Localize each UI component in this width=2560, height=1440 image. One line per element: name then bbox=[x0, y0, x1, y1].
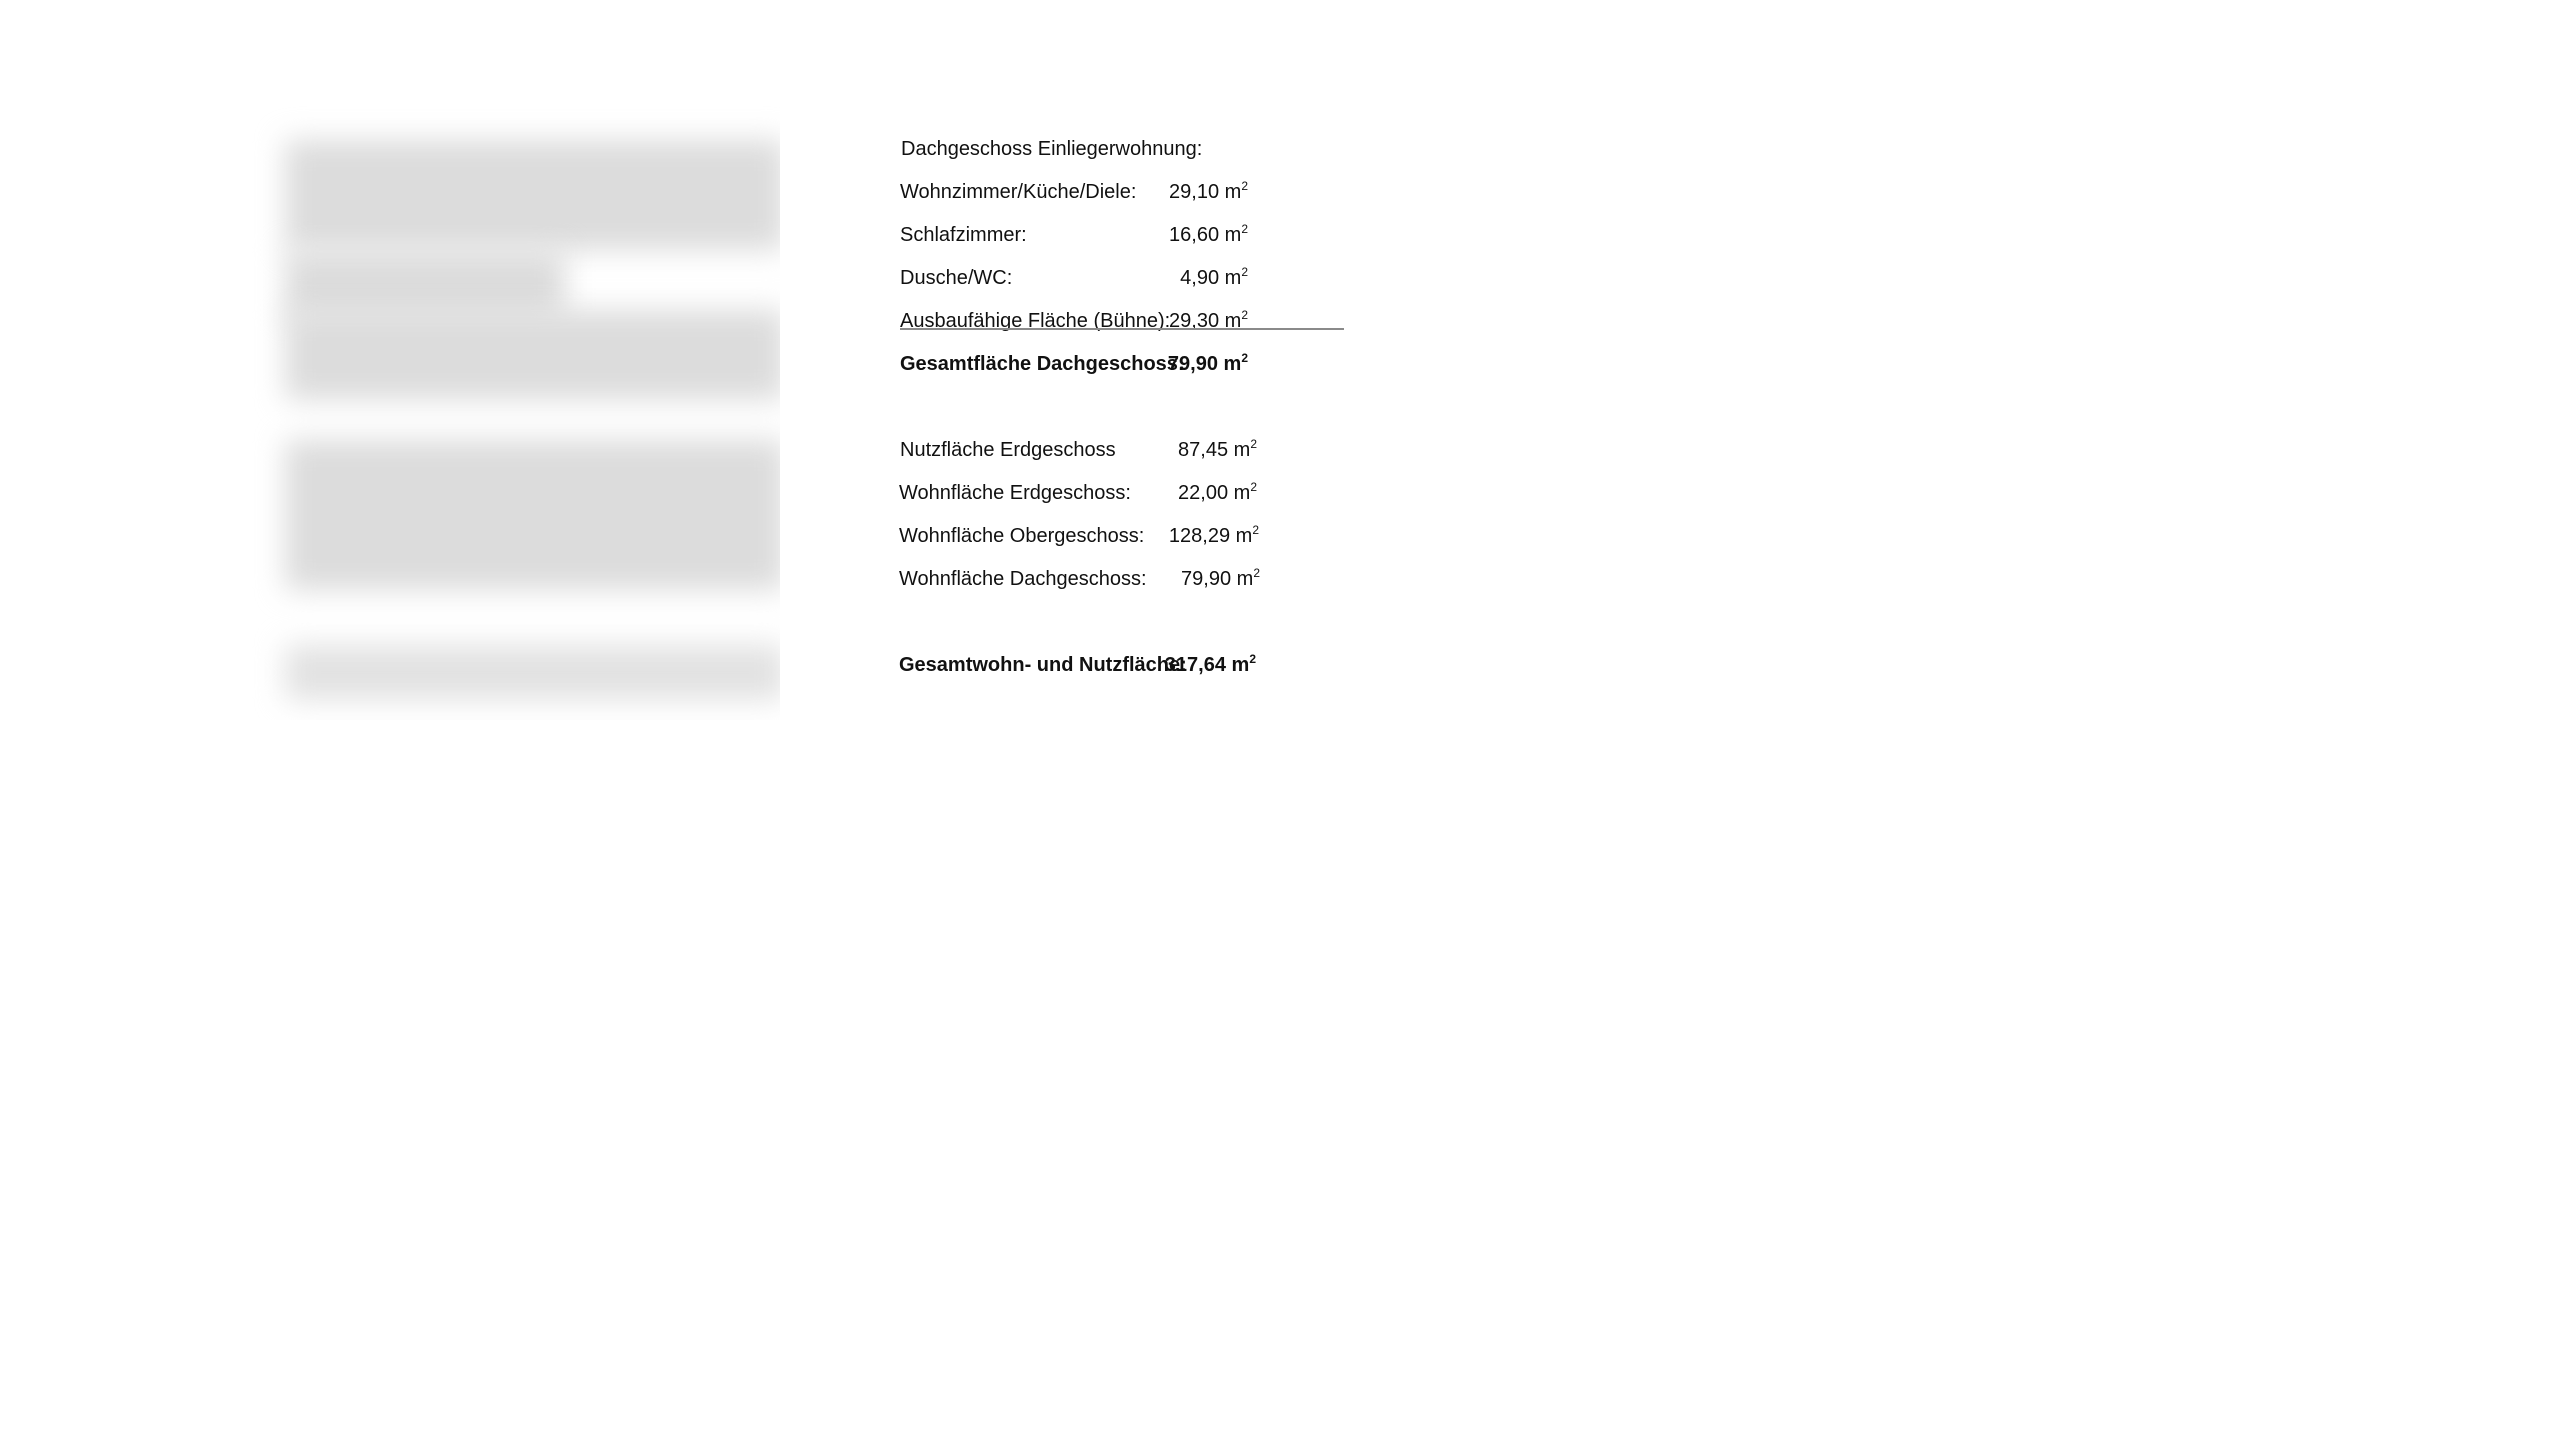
row-label: Schlafzimmer: bbox=[900, 223, 1027, 247]
row-value: 79,90 m2 bbox=[1100, 567, 1260, 591]
blurred-text-block bbox=[285, 440, 780, 590]
row-value: 16,60 m2 bbox=[1088, 223, 1248, 247]
redacted-blurred-content bbox=[245, 100, 780, 720]
blurred-text-block bbox=[285, 310, 780, 400]
heading-text: Dachgeschoss Einliegerwohnung: bbox=[901, 137, 1202, 161]
sum-rule bbox=[900, 328, 1344, 330]
row-value: 128,29 m2 bbox=[1099, 524, 1259, 548]
row-value: 87,45 m2 bbox=[1097, 438, 1257, 462]
row-label: Dusche/WC: bbox=[900, 266, 1012, 290]
blurred-text-block bbox=[285, 645, 780, 700]
row-value: 22,00 m2 bbox=[1097, 481, 1257, 505]
row-value: 29,10 m2 bbox=[1088, 180, 1248, 204]
grand-total-value: 317,64 m2 bbox=[1096, 653, 1256, 677]
row-value: 4,90 m2 bbox=[1088, 266, 1248, 290]
total-value: 79,90 m2 bbox=[1088, 352, 1248, 376]
row-label: Nutzfläche Erdgeschoss bbox=[900, 438, 1116, 462]
blurred-text-block bbox=[285, 140, 780, 250]
